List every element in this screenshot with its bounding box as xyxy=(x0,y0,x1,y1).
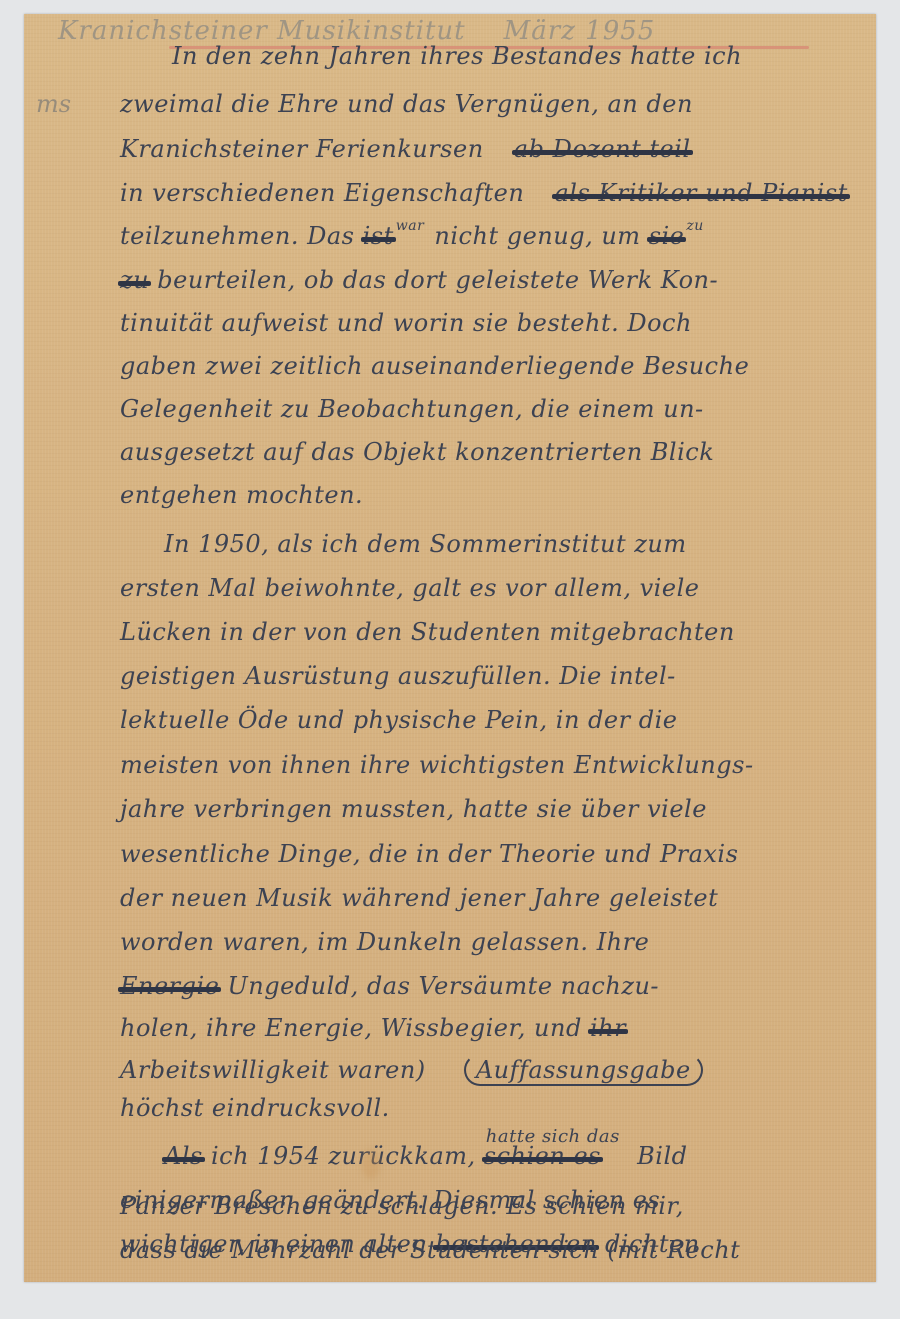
struck-text: Als xyxy=(164,1142,203,1170)
text-line: ersten Mal beiwohnte, galt es vor allem,… xyxy=(120,574,699,602)
line-text: jahre verbringen mussten, hatte sie über… xyxy=(120,795,707,823)
insertion: zu xyxy=(686,218,703,234)
line-text: wesentliche Dinge, die in der Theorie un… xyxy=(120,840,738,868)
text-line: Panzer Breschen zu schlagen. Es schien m… xyxy=(120,1192,684,1220)
line-text: entgehen mochten. xyxy=(120,481,363,509)
line-text: nicht genug, um xyxy=(434,222,640,250)
manuscript-page: Kranichsteiner MusikinstitutMärz 1955 ms… xyxy=(24,14,876,1282)
line-text: gaben zwei zeitlich auseinanderliegende … xyxy=(120,352,749,380)
struck-text: ihr xyxy=(590,1014,626,1042)
text-line: wesentliche Dinge, die in der Theorie un… xyxy=(120,840,738,868)
text-line: lektuelle Öde und physische Pein, in der… xyxy=(120,706,677,734)
line-text: tinuität aufweist und worin sie besteht.… xyxy=(120,309,692,337)
text-line: In 1950, als ich dem Sommerinstitut zum xyxy=(164,530,687,558)
insertion: war xyxy=(396,218,425,234)
line-text: höchst eindrucksvoll. xyxy=(120,1094,390,1122)
text-line: in verschiedenen Eigenschaften als Kriti… xyxy=(120,179,848,207)
text-line: Energie Ungeduld, das Versäumte nachzu- xyxy=(120,972,659,1000)
text-line: entgehen mochten. xyxy=(120,481,363,509)
text-line: Arbeitswilligkeit waren) Auffassungsgabe xyxy=(120,1054,703,1086)
line-text: Kranichsteiner Ferienkursen xyxy=(120,135,484,163)
text-line: jahre verbringen mussten, hatte sie über… xyxy=(120,795,707,823)
paper-stain xyxy=(362,1149,380,1179)
line-text: teilzunehmen. Das xyxy=(120,222,354,250)
line-text: geistigen Ausrüstung auszufüllen. Die in… xyxy=(120,662,676,690)
line-text: ich 1954 zurückkam, xyxy=(211,1142,476,1170)
margin-annotation: ms xyxy=(36,90,71,118)
line-text: ersten Mal beiwohnte, galt es vor allem,… xyxy=(120,574,699,602)
text-line: teilzunehmen. Das istwar nicht genug, um… xyxy=(120,222,706,250)
circled-insertion: Auffassungsgabe xyxy=(464,1054,703,1086)
line-text: worden waren, im Dunkeln gelassen. Ihre xyxy=(120,928,649,956)
line-text: Bild xyxy=(637,1142,687,1170)
struck-text: ab Dozent teil xyxy=(514,135,691,163)
text-line: zweimal die Ehre und das Vergnügen, an d… xyxy=(120,90,693,118)
line-text: der neuen Musik während jener Jahre gele… xyxy=(120,884,718,912)
line-text: ausgesetzt auf das Objekt konzentrierten… xyxy=(120,438,714,466)
text-line: tinuität aufweist und worin sie besteht.… xyxy=(120,309,692,337)
struck-text: sie xyxy=(649,222,685,250)
line-text: dass die Mehrzahl der Studenten sich (mi… xyxy=(120,1236,740,1264)
text-line: In den zehn Jahren ihres Bestandes hatte… xyxy=(172,42,742,70)
line-text: In 1950, als ich dem Sommerinstitut zum xyxy=(164,530,687,558)
text-line: ausgesetzt auf das Objekt konzentrierten… xyxy=(120,438,714,466)
text-line: geistigen Ausrüstung auszufüllen. Die in… xyxy=(120,662,676,690)
text-line: Als ich 1954 zurückkam, hatte sich das s… xyxy=(164,1142,687,1170)
struck-text: ist xyxy=(363,222,394,250)
line-text: meisten von ihnen ihre wichtigsten Entwi… xyxy=(120,751,754,779)
struck-text: Energie xyxy=(120,972,219,1000)
line-text: Gelegenheit zu Beobachtungen, die einem … xyxy=(120,395,704,423)
line-text: zweimal die Ehre und das Vergnügen, an d… xyxy=(120,90,693,118)
text-line: meisten von ihnen ihre wichtigsten Entwi… xyxy=(120,751,754,779)
text-line: zu beurteilen, ob das dort geleistete We… xyxy=(120,266,718,294)
text-line: Gelegenheit zu Beobachtungen, die einem … xyxy=(120,395,704,423)
text-line: worden waren, im Dunkeln gelassen. Ihre xyxy=(120,928,649,956)
line-text: beurteilen, ob das dort geleistete Werk … xyxy=(157,266,718,294)
text-line: der neuen Musik während jener Jahre gele… xyxy=(120,884,718,912)
text-line: dass die Mehrzahl der Studenten sich (mi… xyxy=(120,1236,740,1264)
line-text: Arbeitswilligkeit waren) xyxy=(120,1056,426,1084)
text-line: gaben zwei zeitlich auseinanderliegende … xyxy=(120,352,749,380)
line-text: Lücken in der von den Studenten mitgebra… xyxy=(120,618,735,646)
text-line: Kranichsteiner Ferienkursen ab Dozent te… xyxy=(120,135,691,163)
line-text: holen, ihre Energie, Wissbegier, und xyxy=(120,1014,582,1042)
struck-text: schien es xyxy=(484,1142,601,1170)
struck-text: als Kritiker und Pianist xyxy=(554,179,847,207)
text-line: holen, ihre Energie, Wissbegier, und ihr xyxy=(120,1014,626,1042)
struck-text: zu xyxy=(120,266,149,294)
line-text: in verschiedenen Eigenschaften xyxy=(120,179,524,207)
line-text: Panzer Breschen zu schlagen. Es schien m… xyxy=(120,1192,684,1220)
text-line: Lücken in der von den Studenten mitgebra… xyxy=(120,618,735,646)
line-text: In den zehn Jahren ihres Bestandes hatte… xyxy=(172,42,742,70)
line-text: lektuelle Öde und physische Pein, in der… xyxy=(120,706,677,734)
text-line: höchst eindrucksvoll. xyxy=(120,1094,390,1122)
line-text: Ungeduld, das Versäumte nachzu- xyxy=(228,972,659,1000)
